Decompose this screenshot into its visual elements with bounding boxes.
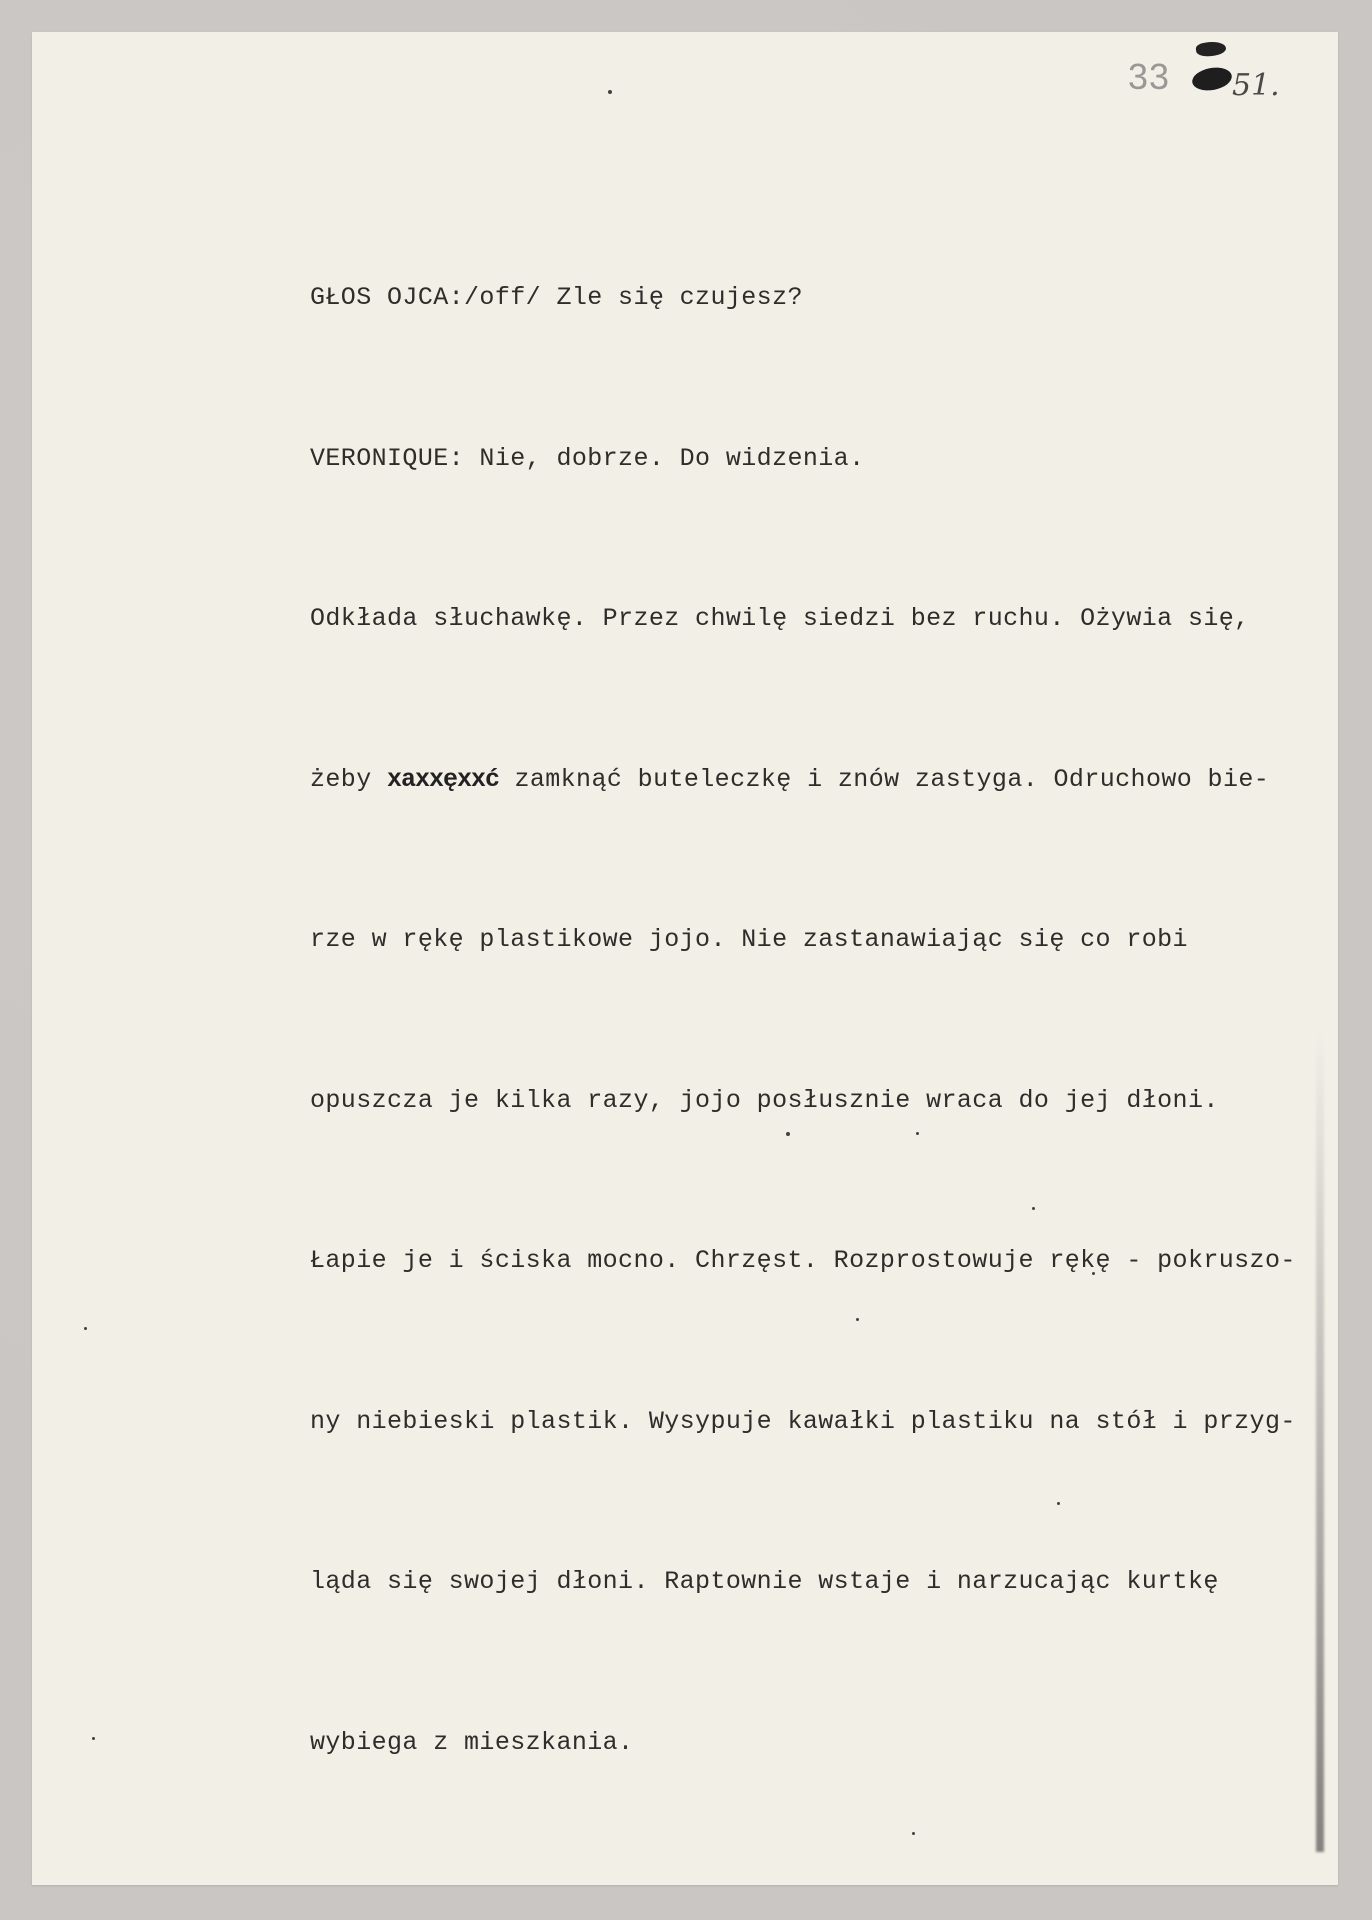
stage-direction-line: rze w rękę plastikowe jojo. Nie zastanaw… bbox=[310, 913, 1370, 967]
stage-direction-line: Łapie je i ściska mocno. Chrzęst. Rozpro… bbox=[310, 1234, 1370, 1288]
handwritten-page-number: 51. bbox=[1232, 68, 1280, 103]
paper-speck bbox=[856, 1318, 859, 1321]
script-text: GŁOS OJCA:/off/ Zle się czujesz? VERONIQ… bbox=[310, 164, 1370, 1876]
stage-direction-line: ny niebieski plastik. Wysypuje kawałki p… bbox=[310, 1395, 1370, 1449]
struck-out-word: xaxxęxxć bbox=[387, 765, 499, 794]
archive-number: 33 bbox=[1128, 56, 1170, 98]
paper-speck bbox=[912, 1832, 915, 1835]
paper-speck bbox=[1057, 1502, 1060, 1505]
paper-speck bbox=[916, 1132, 919, 1135]
page-number-annotation: 33 51. bbox=[1110, 42, 1310, 112]
typescript-page: 33 51. GŁOS OJCA:/off/ Zle się czujesz? … bbox=[32, 32, 1338, 1885]
stage-direction-line: opuszcza je kilka razy, jojo posłusznie … bbox=[310, 1074, 1370, 1128]
dialogue-line-veronique: VERONIQUE: Nie, dobrze. Do widzenia. bbox=[310, 432, 1370, 486]
paper-speck bbox=[92, 1737, 95, 1740]
dialogue-line-father: GŁOS OJCA:/off/ Zle się czujesz? bbox=[310, 271, 1370, 325]
stage-direction-line: wybiega z mieszkania. bbox=[310, 1716, 1370, 1770]
ink-blot bbox=[1190, 65, 1233, 94]
text-fragment: żeby bbox=[310, 765, 387, 794]
paper-speck bbox=[84, 1327, 87, 1330]
paper-speck bbox=[786, 1132, 790, 1136]
stage-direction-line: ląda się swojej dłoni. Raptownie wstaje … bbox=[310, 1555, 1370, 1609]
ink-blot bbox=[1195, 40, 1226, 57]
paper-speck bbox=[608, 90, 612, 94]
paper-speck bbox=[1032, 1207, 1035, 1210]
struck-page-number bbox=[1192, 42, 1232, 92]
text-fragment: zamknąć buteleczkę i znów zastyga. Odruc… bbox=[499, 765, 1269, 794]
paper-speck bbox=[1092, 1272, 1095, 1275]
stage-direction-line: Odkłada słuchawkę. Przez chwilę siedzi b… bbox=[310, 592, 1370, 646]
stage-direction-line: żeby xaxxęxxć zamknąć buteleczkę i znów … bbox=[310, 753, 1370, 807]
